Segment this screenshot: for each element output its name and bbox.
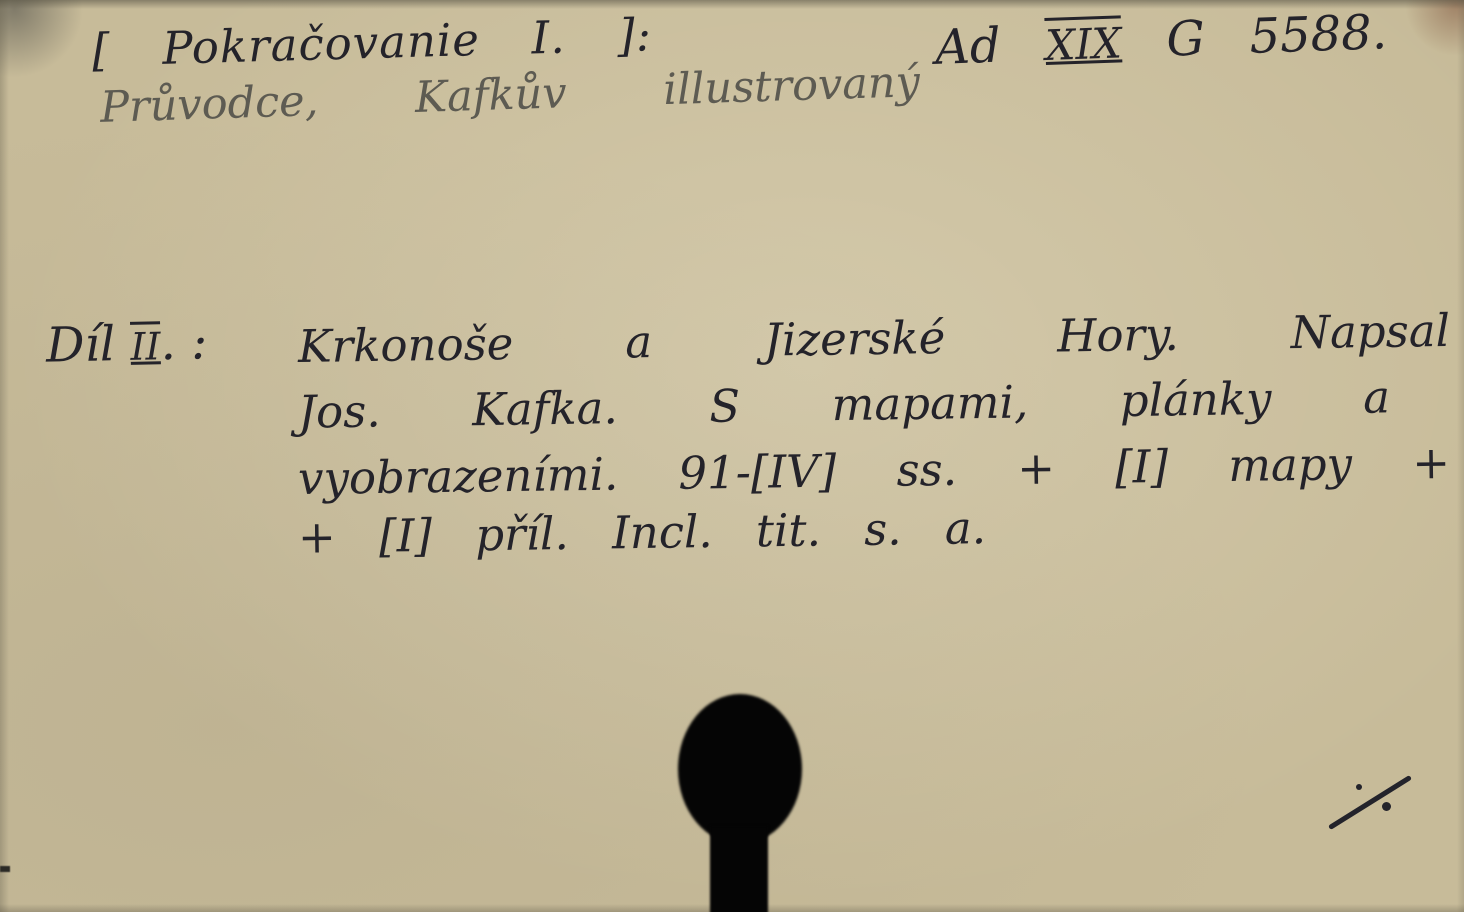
volume-label: Díl II. : [45,314,207,373]
call-number-digits: 5588. [1249,4,1388,65]
check-mark [1320,768,1420,840]
rod-hole-slot [710,826,768,912]
continuation-note: [ Pokračovanie I. ]: [91,8,652,77]
scan-artifact [0,866,10,872]
catalog-card: [ Pokračovanie I. ]: Ad XIX G 5588. Prův… [0,0,1464,912]
body-line: + [I] příl. Incl. tit. s. a. [298,501,987,564]
volume-numeral: II [130,324,161,369]
check-mark-dot [1382,802,1391,811]
body-line: Jos. Kafka. S mapami, plánky a [298,370,1391,438]
check-mark-stroke [1328,775,1412,830]
volume-word: Díl [45,316,115,373]
body-line: Krkonoše a Jizerské Hory. Napsal [298,304,1451,373]
check-mark-dot [1356,784,1362,790]
rod-hole-punch [678,694,802,844]
call-number-series-letter: G [1165,10,1205,67]
volume-separator: . : [160,314,208,371]
call-number-prefix: Ad [934,18,1001,76]
call-number-roman-numeral: XIX [1044,18,1122,70]
body-line: vyobrazeními. 91-[IV] ss. + [I] mapy + [298,436,1451,505]
call-number: Ad XIX G 5588. [934,4,1388,76]
